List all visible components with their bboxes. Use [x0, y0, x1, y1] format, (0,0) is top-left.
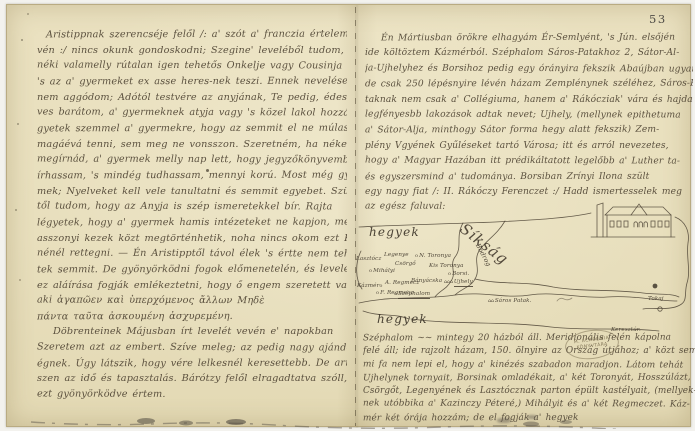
handwriting-line: Döbrenteinek Májusban írt levelét vevén … [37, 324, 347, 340]
smudge-mark [527, 415, 537, 419]
settlement-marker-icon: o [415, 253, 418, 259]
handwriting-line: Ujhelynek tornyait, Borsinak omladékait,… [363, 371, 695, 385]
map-place-saros-patak: ⌂⌂Sáros Patak. [488, 298, 532, 304]
mansion-drawing [591, 203, 675, 237]
handwriting-line: de csak 250 lépésnyire lévén házam Zempl… [365, 77, 693, 93]
handwriting-line: mi fa nem lepi el, hogy a' kinézés szaba… [363, 358, 695, 372]
map-place-kis-toronya: Kis Toronya [429, 263, 464, 269]
ink-speck [17, 123, 19, 125]
handwriting-line: néki valamelly rútalan igen tehetős Onke… [37, 58, 347, 75]
handwriting-line-greek: πάντα ταῦτα ἀσκουμένη ἀσχυρεμένη. [37, 308, 347, 324]
handwriting-line: Széphalom ~~ mintegy 20 házból áll. Meri… [363, 332, 695, 346]
sketch-map: hegyek hegyek Síkság Bodrog Lasztócz Leg… [355, 195, 695, 353]
handwriting-line: mek; Nyelveket kell vele tanultatni és s… [37, 184, 347, 200]
handwriting-line: től tudom, hogy az Anyja is szép ismeret… [37, 199, 347, 216]
map-sketch-drawing [355, 195, 695, 353]
smudge-mark [497, 418, 511, 423]
map-label-hegyek-top: hegyek [369, 225, 420, 239]
map-place-legenye: Legenye [384, 252, 409, 258]
handwriting-line: asszonyi kezek közt megtörténhetik, noha… [37, 231, 347, 247]
handwriting-line: Szeretem azt az embert. Szíve meleg; az … [37, 340, 347, 357]
handwriting-line: ide költöztem Kázmérból. Széphalom Sáros… [365, 46, 693, 61]
handwriting-line: gyetek szemmel a' gyermekre, hogy az sem… [37, 121, 347, 137]
settlement-marker-icon: o [394, 291, 397, 297]
handwriting-line: írhassam, 's mindég tudhassam, mennyi ko… [37, 168, 347, 184]
handwriting-line: 's az a' gyermeket ex asse heres-nek tes… [37, 74, 347, 90]
map-label-hegyek-bottom: hegyek [377, 312, 428, 326]
manuscript-page-left: Aristippnak szerencséje felől /: a' szót… [37, 27, 347, 403]
house-symbols-icon: ⌂⌂⌂ [444, 280, 453, 285]
map-place-lasztocz: Lasztócz [356, 256, 381, 262]
map-place-borsi: oBorsi. [448, 271, 469, 277]
handwriting-line: szen az idő és tapasztalás. Bárótzy felő… [37, 371, 347, 387]
ink-speck [27, 13, 29, 15]
map-place-csorgo: Csörgő [395, 261, 416, 267]
handwriting-line: Én Mártiusban örökre elhagyám Ér-Semlyén… [365, 31, 693, 47]
handwriting-line: ja-Ujhelyhez és Borsihoz pedig egy órány… [365, 61, 693, 77]
settlement-marker-icon: o [379, 283, 382, 289]
handwriting-line: ves barátom, a' gyermeknek atyja vagy 's… [37, 105, 347, 122]
settlement-marker-icon: o [369, 268, 372, 274]
handwriting-line: ez aláírása fogják emlékeztetni, hogy ő … [37, 278, 347, 294]
map-place-n-toronya: oN. Toronya [415, 253, 451, 259]
manuscript-paper: 53 Aristippnak szerencséje felől /: a' s… [6, 4, 691, 427]
handwriting-line: taknak nem csak a' Collégiuma, hanem a' … [365, 93, 693, 108]
handwriting-line: Aristippnak szerencséje felől /: a' szót… [37, 27, 347, 43]
map-place-kazmer: Kázméro [357, 283, 383, 289]
map-place-banyacska: Bányácska [411, 278, 442, 284]
library-stamp-text: KÖNYVTÁRA [577, 343, 608, 351]
handwriting-line: Csörgőt, Legenyének és Lasztócznak parto… [363, 385, 695, 398]
ink-speck [19, 279, 21, 281]
scanned-manuscript-photo: 53 Aristippnak szerencséje felől /: a' s… [0, 0, 695, 431]
manuscript-page-right-top: Én Mártiusban örökre elhagyám Ér-Semlyén… [365, 31, 693, 216]
handwriting-line: megírnád, a' gyermek melly nap lett, hog… [37, 152, 347, 169]
handwriting-line: a' Sátor-Alja, minthogy Sátor forma hegy… [365, 123, 693, 139]
settlement-marker-icon: o [448, 271, 451, 277]
house-symbols-icon: ⌂⌂ [488, 299, 494, 304]
handwriting-line: nek utóbbika a' Kazinczy Péteré,) Mihály… [363, 398, 695, 412]
page-number: 53 [649, 12, 667, 26]
map-place-ujhely: ⌂⌂⌂Ujhely [444, 279, 473, 285]
ink-speck [15, 209, 17, 211]
handwriting-line: ezt gyönyörködve értem. [37, 387, 347, 404]
handwriting-line: hogy a' Magyar Hazában itt prédikáltatot… [365, 154, 693, 170]
handwriting-line: plény Vgyének Gyűléseket tartó Városa; i… [365, 139, 693, 154]
ink-blot [206, 169, 209, 172]
handwriting-line: felé áll; ide rajzolt házam, 150. ölnyir… [363, 345, 695, 358]
handwriting-line: légyetek, hogy a' gyermek hamis intézete… [37, 214, 347, 230]
map-place-szephalom: oSzéphalom [394, 291, 430, 297]
manuscript-page-right-bottom: Széphalom ~~ mintegy 20 házból áll. Meri… [363, 332, 695, 425]
handwriting-line: égnek. Úgy látszik, hogy vére lelkesnél … [37, 355, 347, 371]
ink-speck [21, 39, 23, 41]
handwriting-line: tek semmit. De gyönyörködni fogok előmen… [37, 261, 347, 277]
handwriting-line: legfényesbb lakozások adtak nevet; Ujhel… [365, 108, 693, 124]
handwriting-line: magáévá tenni, sem meg ne vonsszon. Szer… [37, 137, 347, 153]
handwriting-line: és egyszersmind a' tudománya. Borsiban Z… [365, 169, 693, 185]
settlement-marker-icon: o [376, 290, 379, 296]
handwriting-line: nem aggódom; Adótól testvére az anyjának… [37, 90, 347, 106]
handwriting-line: vén :/ nincs okunk gondoskodni; Szegine'… [37, 43, 347, 59]
map-place-mihalyi: oMihályi [369, 268, 395, 274]
handwriting-line-greek: aki ἀγαπῶεν καὶ ὑπερχόμενος ἄλλων Μηδὲ [37, 293, 347, 310]
pencil-smudge-line [21, 413, 681, 429]
map-place-tokaj: Tokaj [648, 296, 664, 302]
handwriting-line: nénél rettegni. — Én Aristipptől távol é… [37, 246, 347, 263]
